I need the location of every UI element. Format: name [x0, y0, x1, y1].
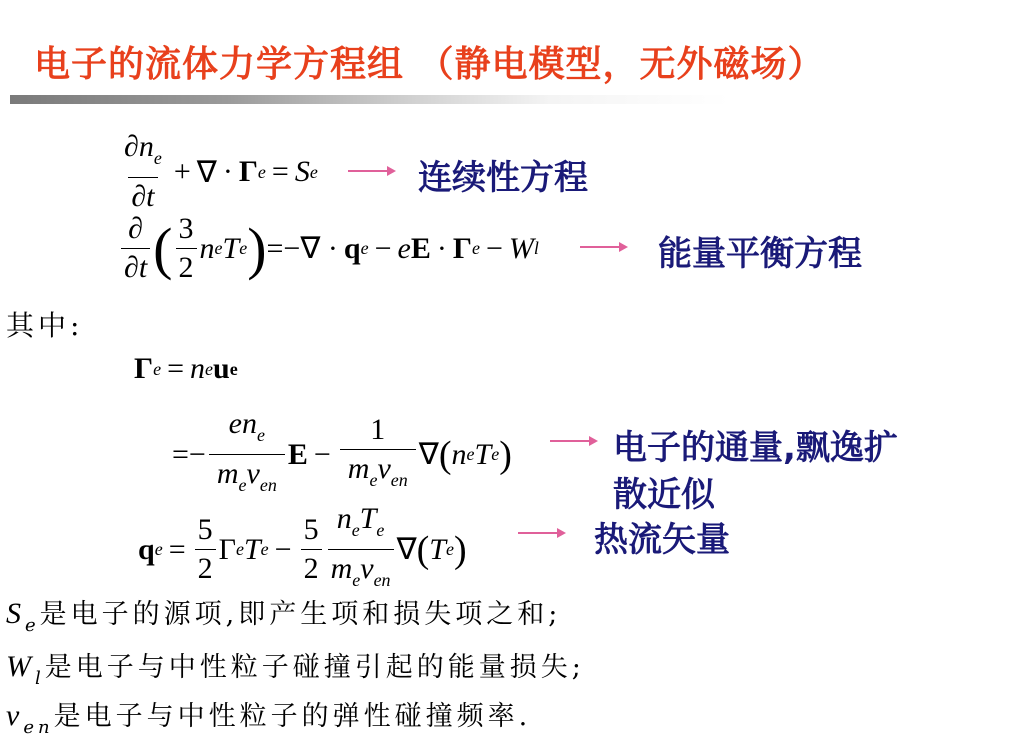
arrow-icon — [550, 440, 596, 442]
subscript: en — [23, 717, 53, 736]
note-text: 是电子与中性粒子的弹性碰撞频率. — [54, 701, 532, 732]
mobility-fraction: ene meνen — [209, 405, 285, 504]
heat-flux-symbol: q — [344, 232, 361, 266]
subscript: e — [239, 475, 247, 495]
heat-flux-label: 热流矢量 — [594, 512, 730, 561]
right-paren: ) — [499, 433, 512, 477]
subscript: e — [153, 359, 161, 380]
subscript: en — [374, 570, 391, 590]
mass-symbol: m — [331, 552, 353, 585]
note-symbol: ν — [6, 699, 23, 732]
equals-sign: = — [169, 533, 186, 567]
subscript: e — [155, 539, 163, 560]
subscript: en — [391, 470, 408, 490]
subscript: e — [446, 539, 454, 560]
subscript: e — [352, 520, 360, 540]
note-collision-frequency: νen是电子与中性粒子的弹性碰撞频率. — [6, 694, 531, 736]
subscript: l — [534, 238, 539, 259]
note-text: 是电子与中性粒子碰撞引起的能量损失; — [45, 652, 585, 683]
arrow-icon — [348, 170, 394, 172]
subscript: e — [257, 425, 265, 445]
numerator: ∂n — [124, 130, 154, 163]
energy-label: 能量平衡方程 — [658, 226, 862, 275]
dot-operator: · — [437, 232, 447, 266]
temperature-symbol: T — [475, 438, 492, 472]
left-paren: ( — [153, 220, 172, 278]
temperature-symbol: T — [223, 232, 240, 266]
subscript: e — [376, 520, 384, 540]
minus-sign: − — [375, 232, 392, 266]
title-underline-bar — [10, 95, 730, 104]
nabla-symbol: ∇ — [397, 532, 417, 567]
numerator: 5 — [195, 511, 216, 549]
minus-sign: − — [275, 533, 292, 567]
subscript: e — [239, 238, 247, 259]
gamma-symbol: Γ — [239, 155, 258, 189]
five-halves-fraction: 5 2 — [301, 511, 322, 588]
energy-equation: ∂ ∂t ( 3 2 ne Te ) =−∇ · qe − eE · Γe − … — [118, 210, 539, 287]
equals-minus: =− — [172, 438, 206, 472]
note-source-term: Se是电子的源项,即产生项和损失项之和; — [6, 592, 561, 636]
subscript: e — [472, 238, 480, 259]
temperature-symbol: T — [360, 502, 377, 535]
density-symbol: n — [190, 352, 205, 386]
slide-title: 电子的流体力学方程组 （静电模型，无外磁场） — [34, 36, 825, 87]
density-symbol: n — [452, 438, 467, 472]
left-paren: ( — [417, 528, 430, 572]
flux-label-line2: 散近似 — [613, 467, 715, 516]
source-symbol: S — [295, 155, 310, 189]
numerator: 5 — [301, 511, 322, 549]
right-paren: ) — [454, 528, 467, 572]
subscript: e — [261, 539, 269, 560]
gamma-symbol: Γ — [134, 352, 153, 386]
numerator: ∂ — [125, 210, 146, 248]
diffusion-fraction: 1 meνen — [340, 411, 416, 499]
mass-symbol: m — [217, 457, 239, 490]
collision-freq-symbol: ν — [247, 457, 260, 490]
nabla-symbol: ∇ — [197, 155, 217, 190]
minus-sign: − — [486, 232, 503, 266]
collision-freq-symbol: ν — [377, 452, 390, 485]
equals-minus-nabla: =−∇ · — [267, 231, 338, 266]
temperature-symbol: T — [429, 533, 446, 567]
plus-sign: + — [174, 155, 191, 189]
temperature-symbol: T — [244, 533, 261, 567]
drift-diffusion-equation: =− ene meνen E − 1 meνen ∇ ( ne Te ) — [172, 405, 512, 504]
gamma-symbol: Γ — [453, 232, 472, 266]
note-symbol: S — [6, 597, 25, 630]
subscript: e — [25, 615, 40, 636]
mass-symbol: m — [348, 452, 370, 485]
subscript: e — [236, 539, 244, 560]
five-halves-fraction: 5 2 — [195, 511, 216, 588]
conductivity-fraction: neTe meνen — [328, 500, 394, 599]
heat-flux-equation: qe = 5 2 Γe Te − 5 2 neTe meνen ∇ ( Te ) — [138, 500, 467, 599]
density-symbol: n — [200, 232, 215, 266]
note-symbol: W — [6, 650, 35, 683]
collision-freq-symbol: ν — [360, 552, 373, 585]
note-text: 是电子的源项,即产生项和损失项之和; — [40, 599, 562, 630]
numerator: en — [229, 407, 257, 440]
gamma-symbol: Γ — [219, 533, 236, 567]
density-symbol: n — [337, 502, 352, 535]
flux-label-line1: 电子的通量,飘逸扩 — [613, 420, 898, 469]
arrow-icon — [518, 532, 564, 534]
subscript: e — [230, 359, 238, 380]
velocity-symbol: u — [213, 352, 230, 386]
where-label: 其中: — [6, 304, 83, 344]
charge-symbol: e — [398, 232, 411, 266]
subscript: e — [361, 238, 369, 259]
subscript: e — [491, 444, 499, 465]
numerator: 3 — [176, 210, 197, 248]
three-halves-fraction: 3 2 — [176, 210, 197, 287]
numerator: 1 — [367, 411, 388, 449]
subscript: e — [215, 238, 223, 259]
note-energy-loss: Wl是电子与中性粒子碰撞引起的能量损失; — [6, 645, 585, 689]
dot-operator: · — [223, 155, 233, 189]
subscript: e — [467, 444, 475, 465]
subscript: en — [260, 475, 277, 495]
denominator: 2 — [176, 248, 197, 287]
nabla-symbol: ∇ — [419, 437, 439, 472]
subscript: e — [205, 359, 213, 380]
subscript: e — [310, 162, 318, 183]
field-symbol: E — [288, 438, 308, 472]
continuity-equation: ∂ne ∂t + ∇ · Γe = Se — [118, 128, 318, 216]
minus-sign: − — [314, 438, 331, 472]
subscript: e — [154, 148, 162, 168]
denominator: 2 — [195, 549, 216, 588]
time-derivative-fraction: ∂ne ∂t — [121, 128, 165, 216]
heat-flux-symbol: q — [138, 533, 155, 567]
left-paren: ( — [439, 433, 452, 477]
energy-loss-symbol: W — [509, 232, 534, 266]
field-symbol: E — [411, 232, 431, 266]
continuity-label: 连续性方程 — [418, 150, 588, 199]
flux-definition: Γe = ne ue — [134, 352, 238, 386]
denominator: 2 — [301, 549, 322, 588]
subscript: e — [258, 162, 266, 183]
right-paren: ) — [247, 220, 266, 278]
equals-sign: = — [272, 155, 289, 189]
denominator: ∂t — [121, 248, 150, 287]
time-derivative-fraction: ∂ ∂t — [121, 210, 150, 287]
arrow-icon — [580, 246, 626, 248]
subscript: l — [35, 668, 45, 689]
equals-sign: = — [167, 352, 184, 386]
